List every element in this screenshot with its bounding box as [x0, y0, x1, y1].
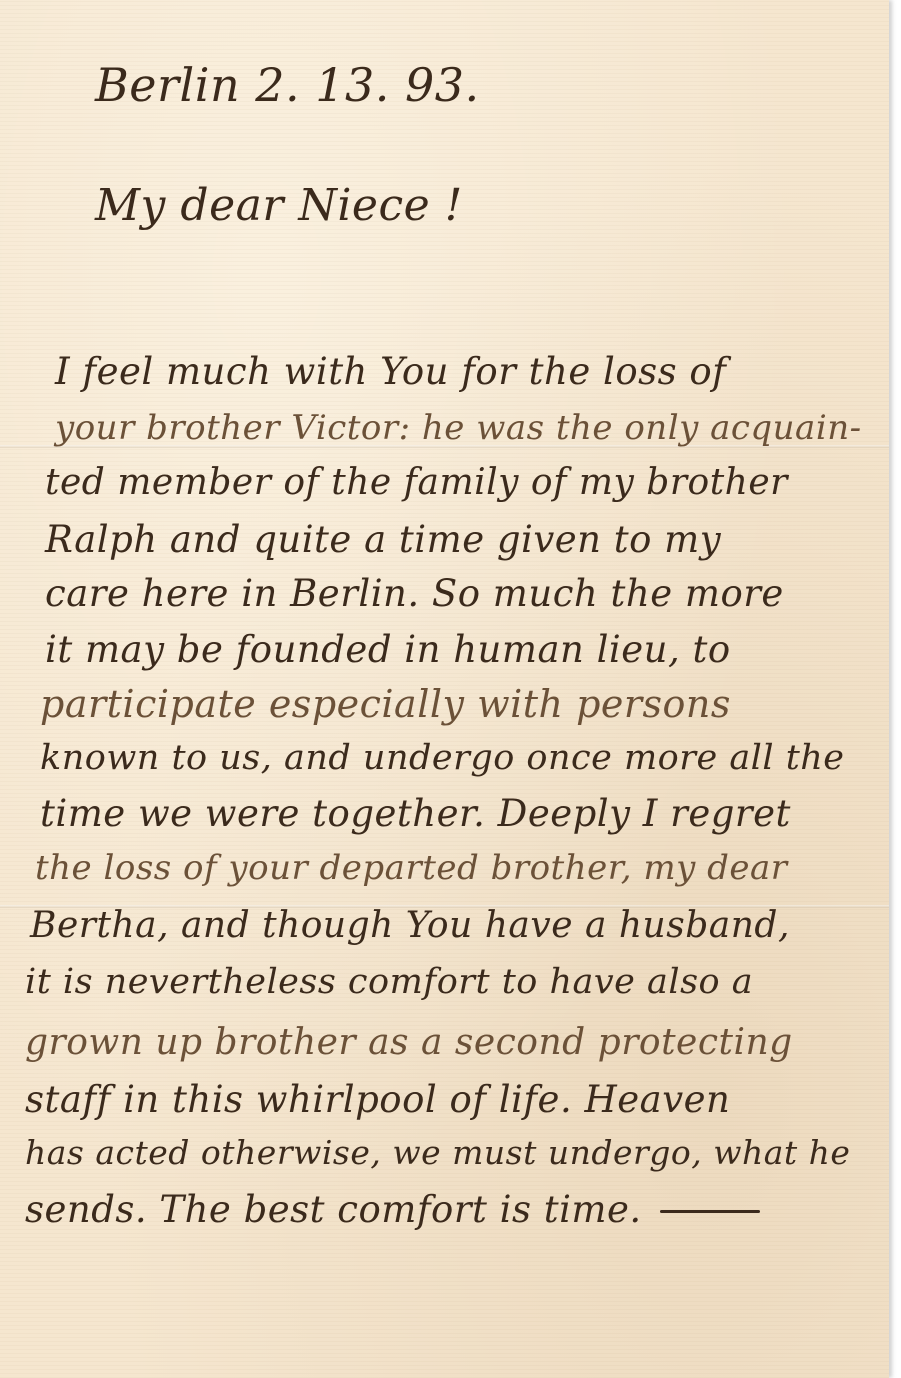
letter-line: sends. The best comfort is time. — [25, 1188, 642, 1231]
letter-line: ted member of the family of my brother — [45, 462, 788, 503]
letter-page: Berlin 2. 13. 93. My dear Niece ! I feel… — [0, 0, 889, 1378]
letter-line: care here in Berlin. So much the more — [45, 572, 784, 615]
letter-line: it may be founded in human lieu, to — [45, 628, 731, 671]
letter-line: grown up brother as a second protecting — [25, 1022, 793, 1063]
letter-line: the loss of your departed brother, my de… — [35, 848, 788, 888]
letter-line: participate especially with persons — [40, 682, 731, 726]
dateline: Berlin 2. 13. 93. — [95, 58, 480, 112]
letter-line: Bertha, and though You have a husband, — [30, 905, 790, 946]
letter-line: Ralph and quite a time given to my — [45, 518, 721, 561]
salutation: My dear Niece ! — [95, 180, 463, 231]
letter-line: your brother Victor: he was the only acq… — [55, 408, 862, 448]
letter-line: I feel much with You for the loss of — [55, 350, 726, 393]
letter-line: time we were together. Deeply I regret — [40, 792, 791, 835]
letter-line: staff in this whirlpool of life. Heaven — [25, 1078, 730, 1121]
closing-dash — [660, 1210, 760, 1213]
letter-line: known to us, and undergo once more all t… — [40, 738, 845, 778]
letter-line: has acted otherwise, we must undergo, wh… — [25, 1133, 850, 1172]
letter-line: it is nevertheless comfort to have also … — [25, 962, 753, 1002]
